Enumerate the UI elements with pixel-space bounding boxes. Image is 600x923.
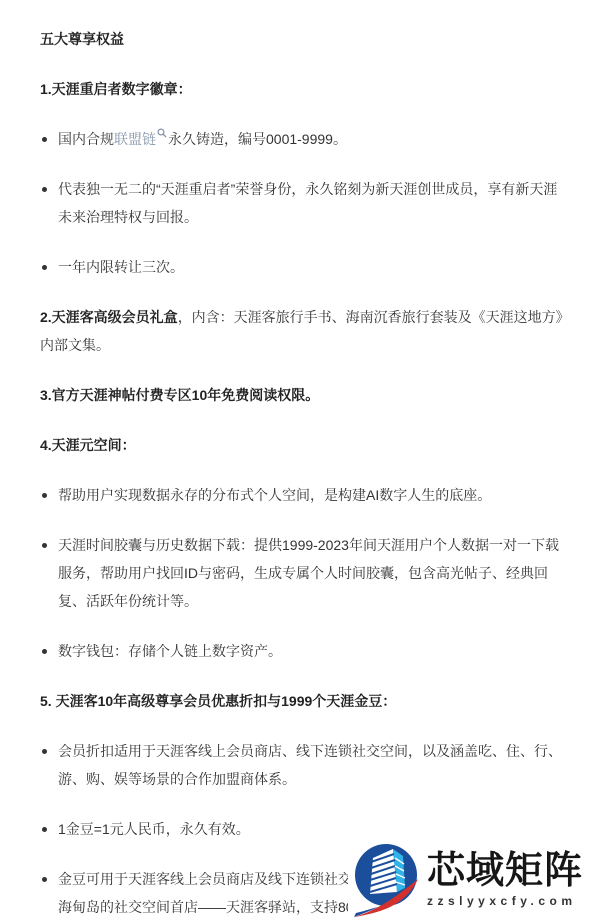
section-4-title: 4.天涯元空间：: [40, 431, 567, 459]
bullet-icon: [42, 877, 47, 882]
watermark-text: 芯域矩阵 zzslyyxcfy.com: [427, 851, 583, 908]
bullet-text: 数字钱包：存储个人链上数字资产。: [58, 643, 282, 659]
list-item-chain-mint: 国内合规联盟链永久铸造，编号0001-9999。: [40, 125, 567, 153]
article-body: 五大尊享权益 1.天涯重启者数字徽章： 国内合规联盟链永久铸造，编号0001-9…: [0, 0, 600, 921]
bullet-text-post: 永久铸造，编号0001-9999。: [168, 131, 347, 147]
bullet-icon: [42, 649, 47, 654]
bullet-text: 1金豆=1元人民币，永久有效。: [58, 821, 250, 837]
list-item-member-discount: 会员折扣适用于天涯客线上会员商店、线下连锁社交空间，以及涵盖吃、住、行、游、购、…: [40, 737, 567, 793]
bullet-text: 代表独一无二的“天涯重启者”荣誉身份，永久铭刻为新天涯创世成员，享有新天涯未来治…: [58, 181, 557, 225]
watermark-domain: zzslyyxcfy.com: [427, 894, 583, 908]
bullet-icon: [42, 187, 47, 192]
bullet-text: 一年内限转让三次。: [58, 259, 184, 275]
bullet-text: 会员折扣适用于天涯客线上会员商店、线下连锁社交空间，以及涵盖吃、住、行、游、购、…: [58, 743, 562, 787]
term-link-lianmenglian[interactable]: 联盟链: [114, 131, 168, 147]
page-title: 五大尊享权益: [40, 25, 567, 53]
building-logo-icon: [352, 838, 422, 920]
bullet-text: 天涯时间胶囊与历史数据下载：提供1999-2023年间天涯用户个人数据一对一下载…: [58, 537, 559, 609]
search-icon[interactable]: [157, 128, 167, 138]
list-item-honor-identity: 代表独一无二的“天涯重启者”荣誉身份，永久铭刻为新天涯创世成员，享有新天涯未来治…: [40, 175, 567, 231]
bullet-icon: [42, 749, 47, 754]
section-1-title: 1.天涯重启者数字徽章：: [40, 75, 567, 103]
list-item-personal-space: 帮助用户实现数据永存的分布式个人空间，是构建AI数字人生的底座。: [40, 481, 567, 509]
list-item-digital-wallet: 数字钱包：存储个人链上数字资产。: [40, 637, 567, 665]
section-2-title: 2.天涯客高级会员礼盒，内含：天涯客旅行手书、海南沉香旅行套装及《天涯这地方》内…: [40, 303, 567, 359]
bullet-icon: [42, 493, 47, 498]
watermark-brand-name: 芯域矩阵: [427, 851, 583, 891]
list-item-transfer-limit: 一年内限转让三次。: [40, 253, 567, 281]
term-link-label[interactable]: 联盟链: [114, 131, 156, 147]
list-item-time-capsule: 天涯时间胶囊与历史数据下载：提供1999-2023年间天涯用户个人数据一对一下载…: [40, 531, 567, 615]
bullet-icon: [42, 265, 47, 270]
bullet-icon: [42, 827, 47, 832]
watermark-badge: 芯域矩阵 zzslyyxcfy.com: [348, 835, 600, 923]
bullet-text-pre: 国内合规: [58, 131, 114, 147]
section-3-title: 3.官方天涯神帖付费专区10年免费阅读权限。: [40, 381, 567, 409]
section-2-title-bold: 2.天涯客高级会员礼盒: [40, 309, 178, 325]
bullet-text: 帮助用户实现数据永存的分布式个人空间，是构建AI数字人生的底座。: [58, 487, 491, 503]
bullet-icon: [42, 137, 47, 142]
section-5-title: 5. 天涯客10年高级尊享会员优惠折扣与1999个天涯金豆：: [40, 687, 567, 715]
bullet-icon: [42, 543, 47, 548]
